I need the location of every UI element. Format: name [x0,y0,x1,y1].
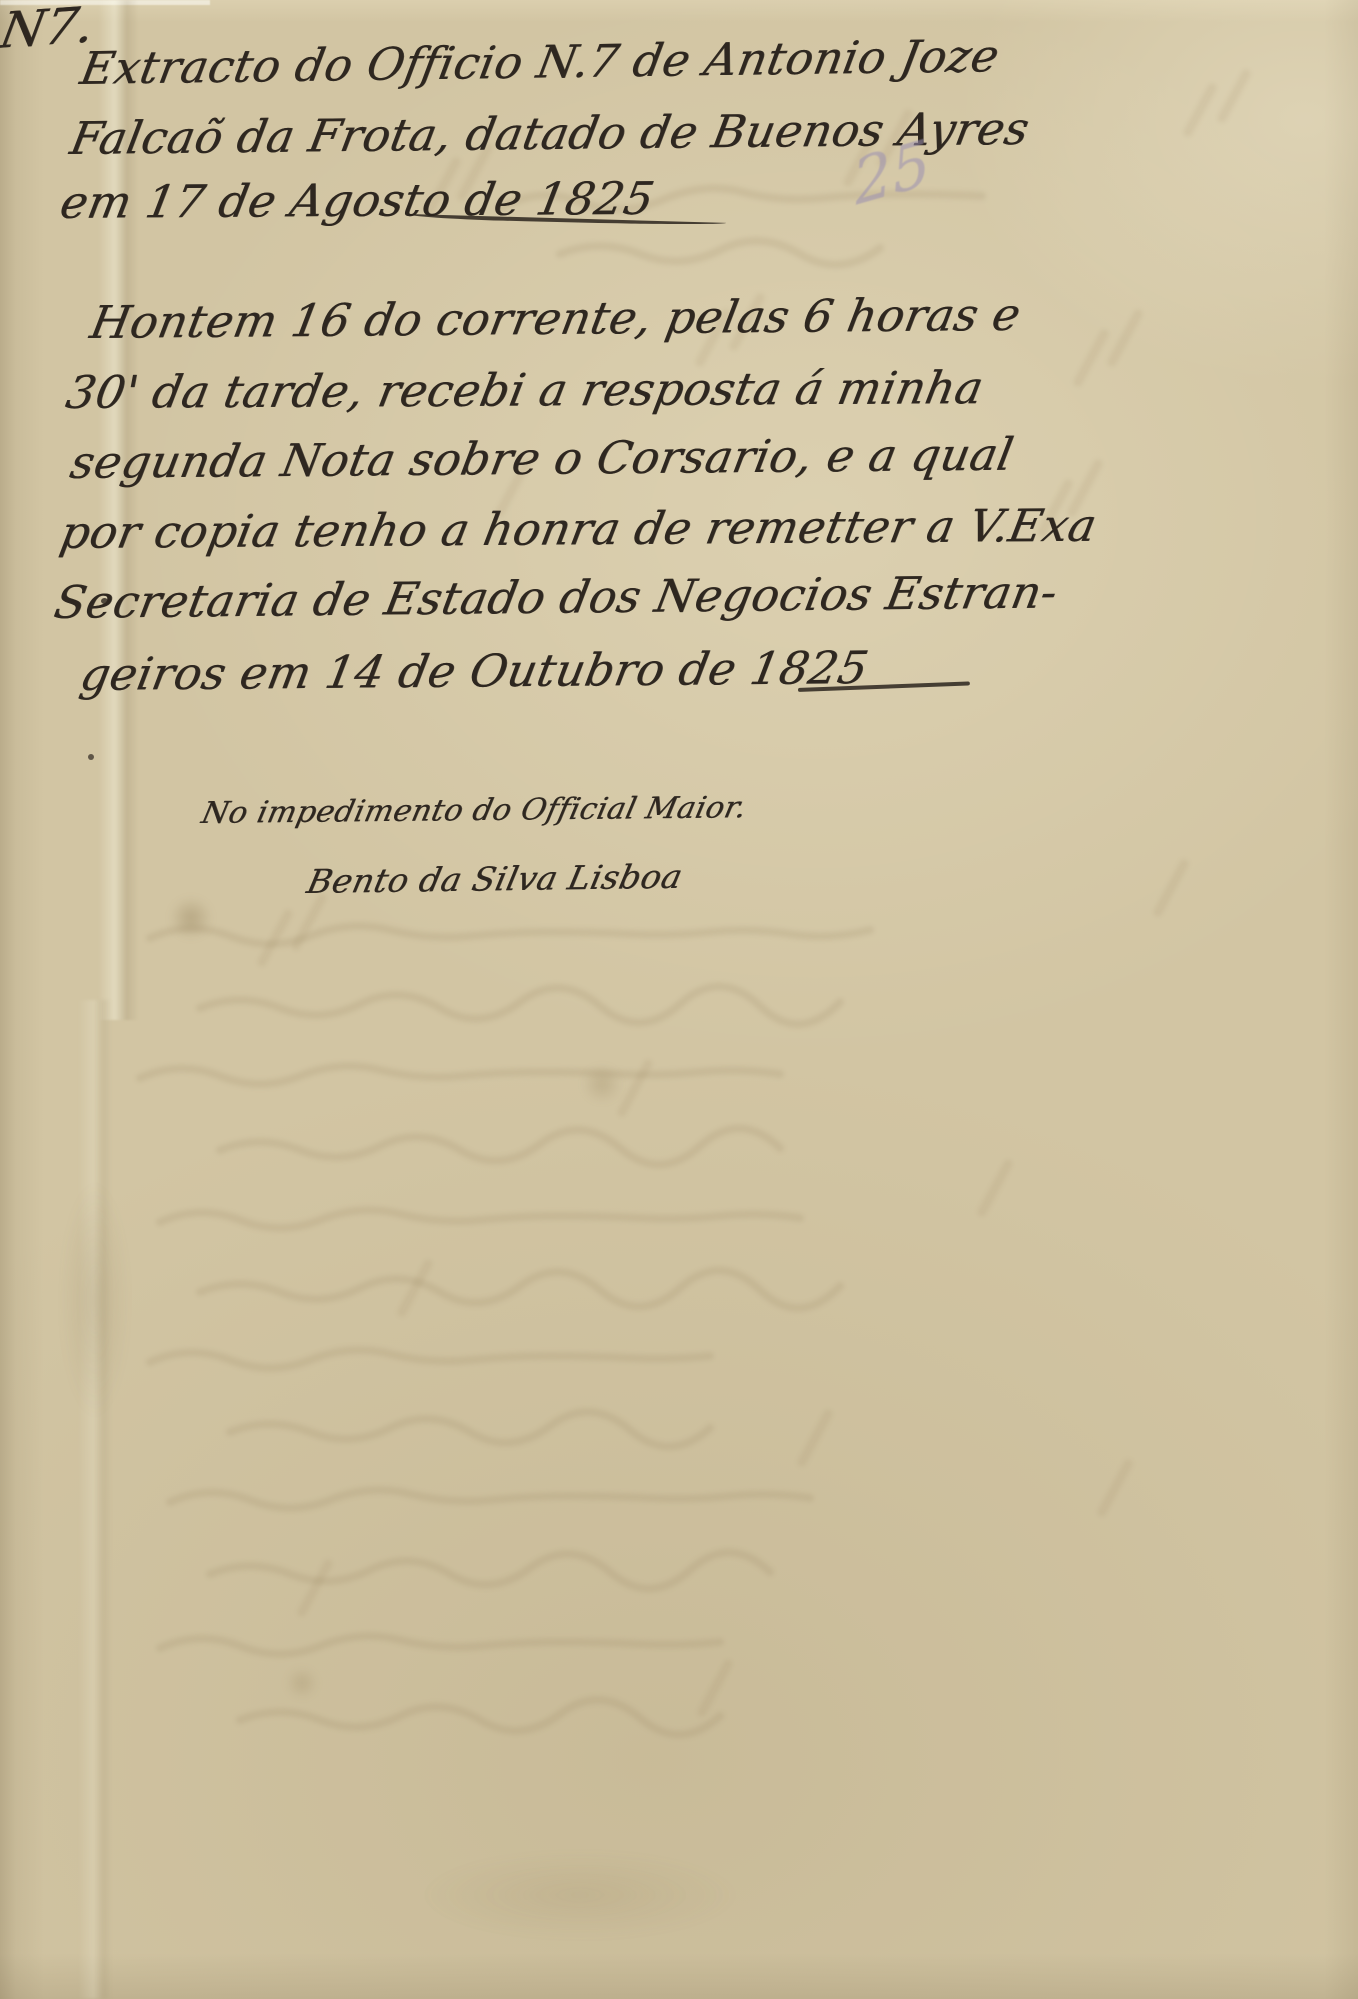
paper-stain [284,1668,320,1698]
closing-line: No impedimento do Official Maior. [198,790,750,831]
body-line-3: segunda Nota sobre o Corsario, e a qual [66,428,1017,489]
body-line-6: geiros em 14 de Outubro de 1825 [76,641,872,701]
fold-crease-lower [78,1000,112,1999]
paper-stain [60,1180,130,1420]
signature: Bento da Silva Lisboa [304,857,687,901]
body-line-4: por copia tenho a honra de remetter a V.… [56,499,1101,559]
manuscript-page: N7. Extracto do Officio N.7 de Antonio J… [0,0,1358,1999]
ink-spot [88,754,94,760]
body-line-1: Hontem 16 do corrente, pelas 6 horas e [86,288,1025,349]
body-line-2: 30' da tarde, recebi a resposta á minha [62,361,988,419]
paper-stain [420,1850,740,1940]
paper-stain [168,898,214,938]
paper-stain [580,1066,624,1102]
body-line-5: Secretaria de Estado dos Negocios Estran… [50,566,1062,629]
